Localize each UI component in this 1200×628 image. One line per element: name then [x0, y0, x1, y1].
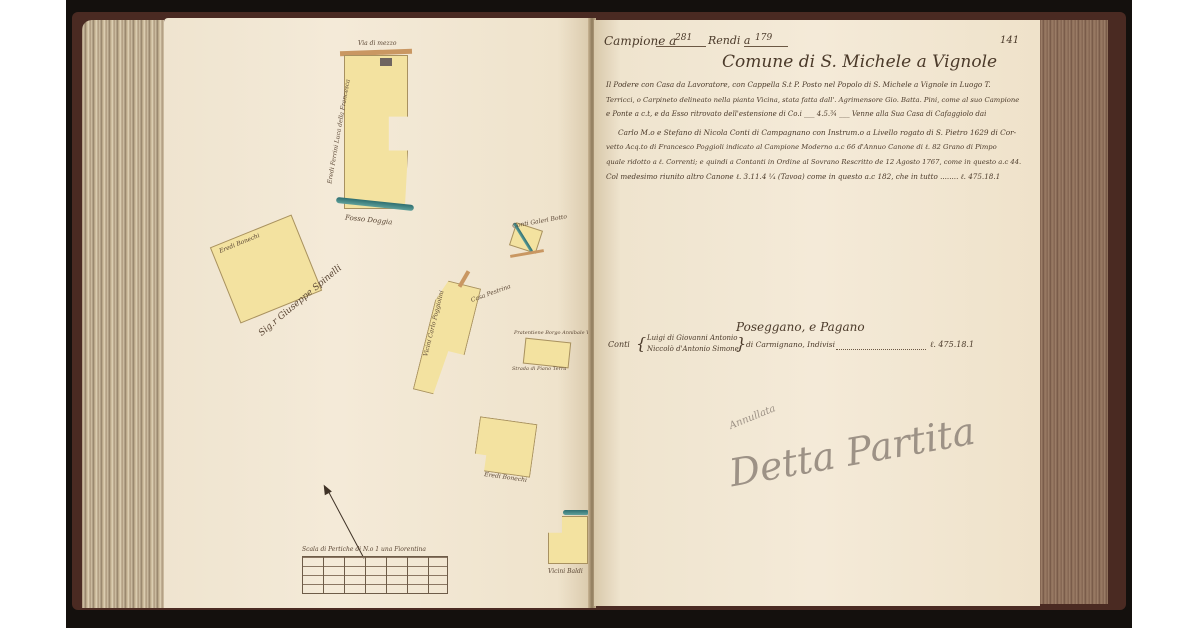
page-edges-right	[1040, 20, 1108, 604]
scale-bar	[302, 556, 448, 594]
scale-bar-label: Scala di Pertiche di N.o 1 una Fiorentin…	[302, 546, 426, 553]
section-heading: Poseggano, e Pagano	[736, 320, 865, 334]
holder-suffix: di Carmignano, Indivisi	[746, 340, 835, 349]
holder-name-1: Luigi di Giovanni Antonio	[647, 334, 738, 342]
label-east-rect-bottom: Strada di Piano Terra	[512, 366, 566, 372]
entry-line-6: quale ridotto a ℓ. Correnti; e quindi a …	[606, 158, 1021, 166]
right-page-register	[594, 20, 1040, 606]
holder-amount: ℓ. 475.18.1	[930, 340, 974, 349]
rendita-underline	[744, 46, 788, 47]
holder-brace-left: {	[636, 334, 646, 353]
entry-line-2: Terricci, o Carpineto delineato nella pi…	[606, 96, 1019, 104]
campione-underline	[656, 46, 706, 47]
entry-line-7: Col medesimo riunito altro Canone ℓ. 3.1…	[606, 172, 1000, 181]
entry-line-4: Carlo M.o e Stefano di Nicola Conti di C…	[618, 128, 1016, 137]
page-title: Comune di S. Michele a Vignole	[722, 52, 997, 72]
holder-name-2: Niccolò d'Antonio Simone	[647, 345, 739, 353]
holder-prefix: Conti	[608, 340, 630, 349]
page-number: 141	[1000, 35, 1019, 46]
parcel-main-building	[380, 58, 392, 66]
label-via-di-mezzo: Via di mezzo	[358, 40, 396, 47]
entry-line-3: e Ponte a c.t, e da Esso ritrovato dell'…	[606, 110, 986, 118]
entry-line-1: Il Podere con Casa da Lavoratore, con Ca…	[606, 80, 991, 89]
label-south-corner: Vicini Baldi	[548, 568, 583, 575]
ditch-south	[563, 510, 589, 515]
page-edges-left	[82, 20, 164, 608]
holder-brace-right: }	[736, 334, 746, 353]
parcel-east-rect	[523, 338, 571, 369]
holder-leader-dots	[836, 349, 926, 350]
entry-line-5: vetto Acq.to di Francesco Poggioli indic…	[606, 143, 997, 151]
campione-value: 281	[675, 33, 692, 43]
rendita-value: 179	[755, 33, 772, 43]
